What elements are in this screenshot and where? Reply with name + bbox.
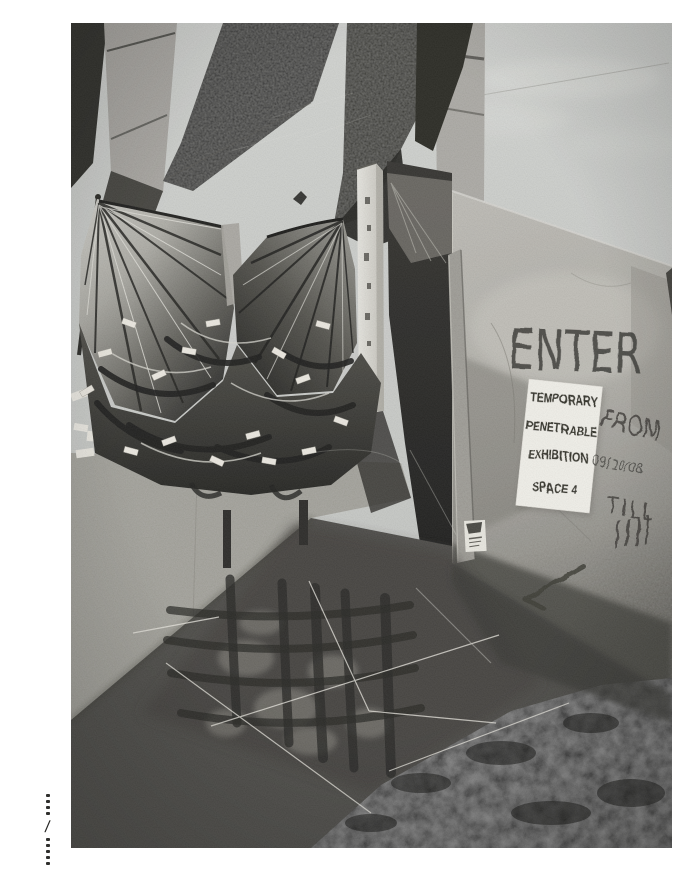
margin-dot xyxy=(46,838,50,841)
margin-dot xyxy=(46,844,50,847)
photo: ENTER TEMPORARY PENETRABLE EXHIBITION SP… xyxy=(71,23,672,848)
margin-dot xyxy=(46,850,50,853)
book-page: / xyxy=(0,0,697,874)
vignette xyxy=(71,23,672,848)
margin-dot xyxy=(46,794,50,797)
margin-dot xyxy=(46,806,50,809)
margin-slash: / xyxy=(45,819,52,834)
margin-dot xyxy=(46,856,50,859)
margin-dot xyxy=(46,862,50,865)
margin-dot xyxy=(46,800,50,803)
margin-marks: / xyxy=(37,794,59,865)
margin-dot xyxy=(46,812,50,815)
